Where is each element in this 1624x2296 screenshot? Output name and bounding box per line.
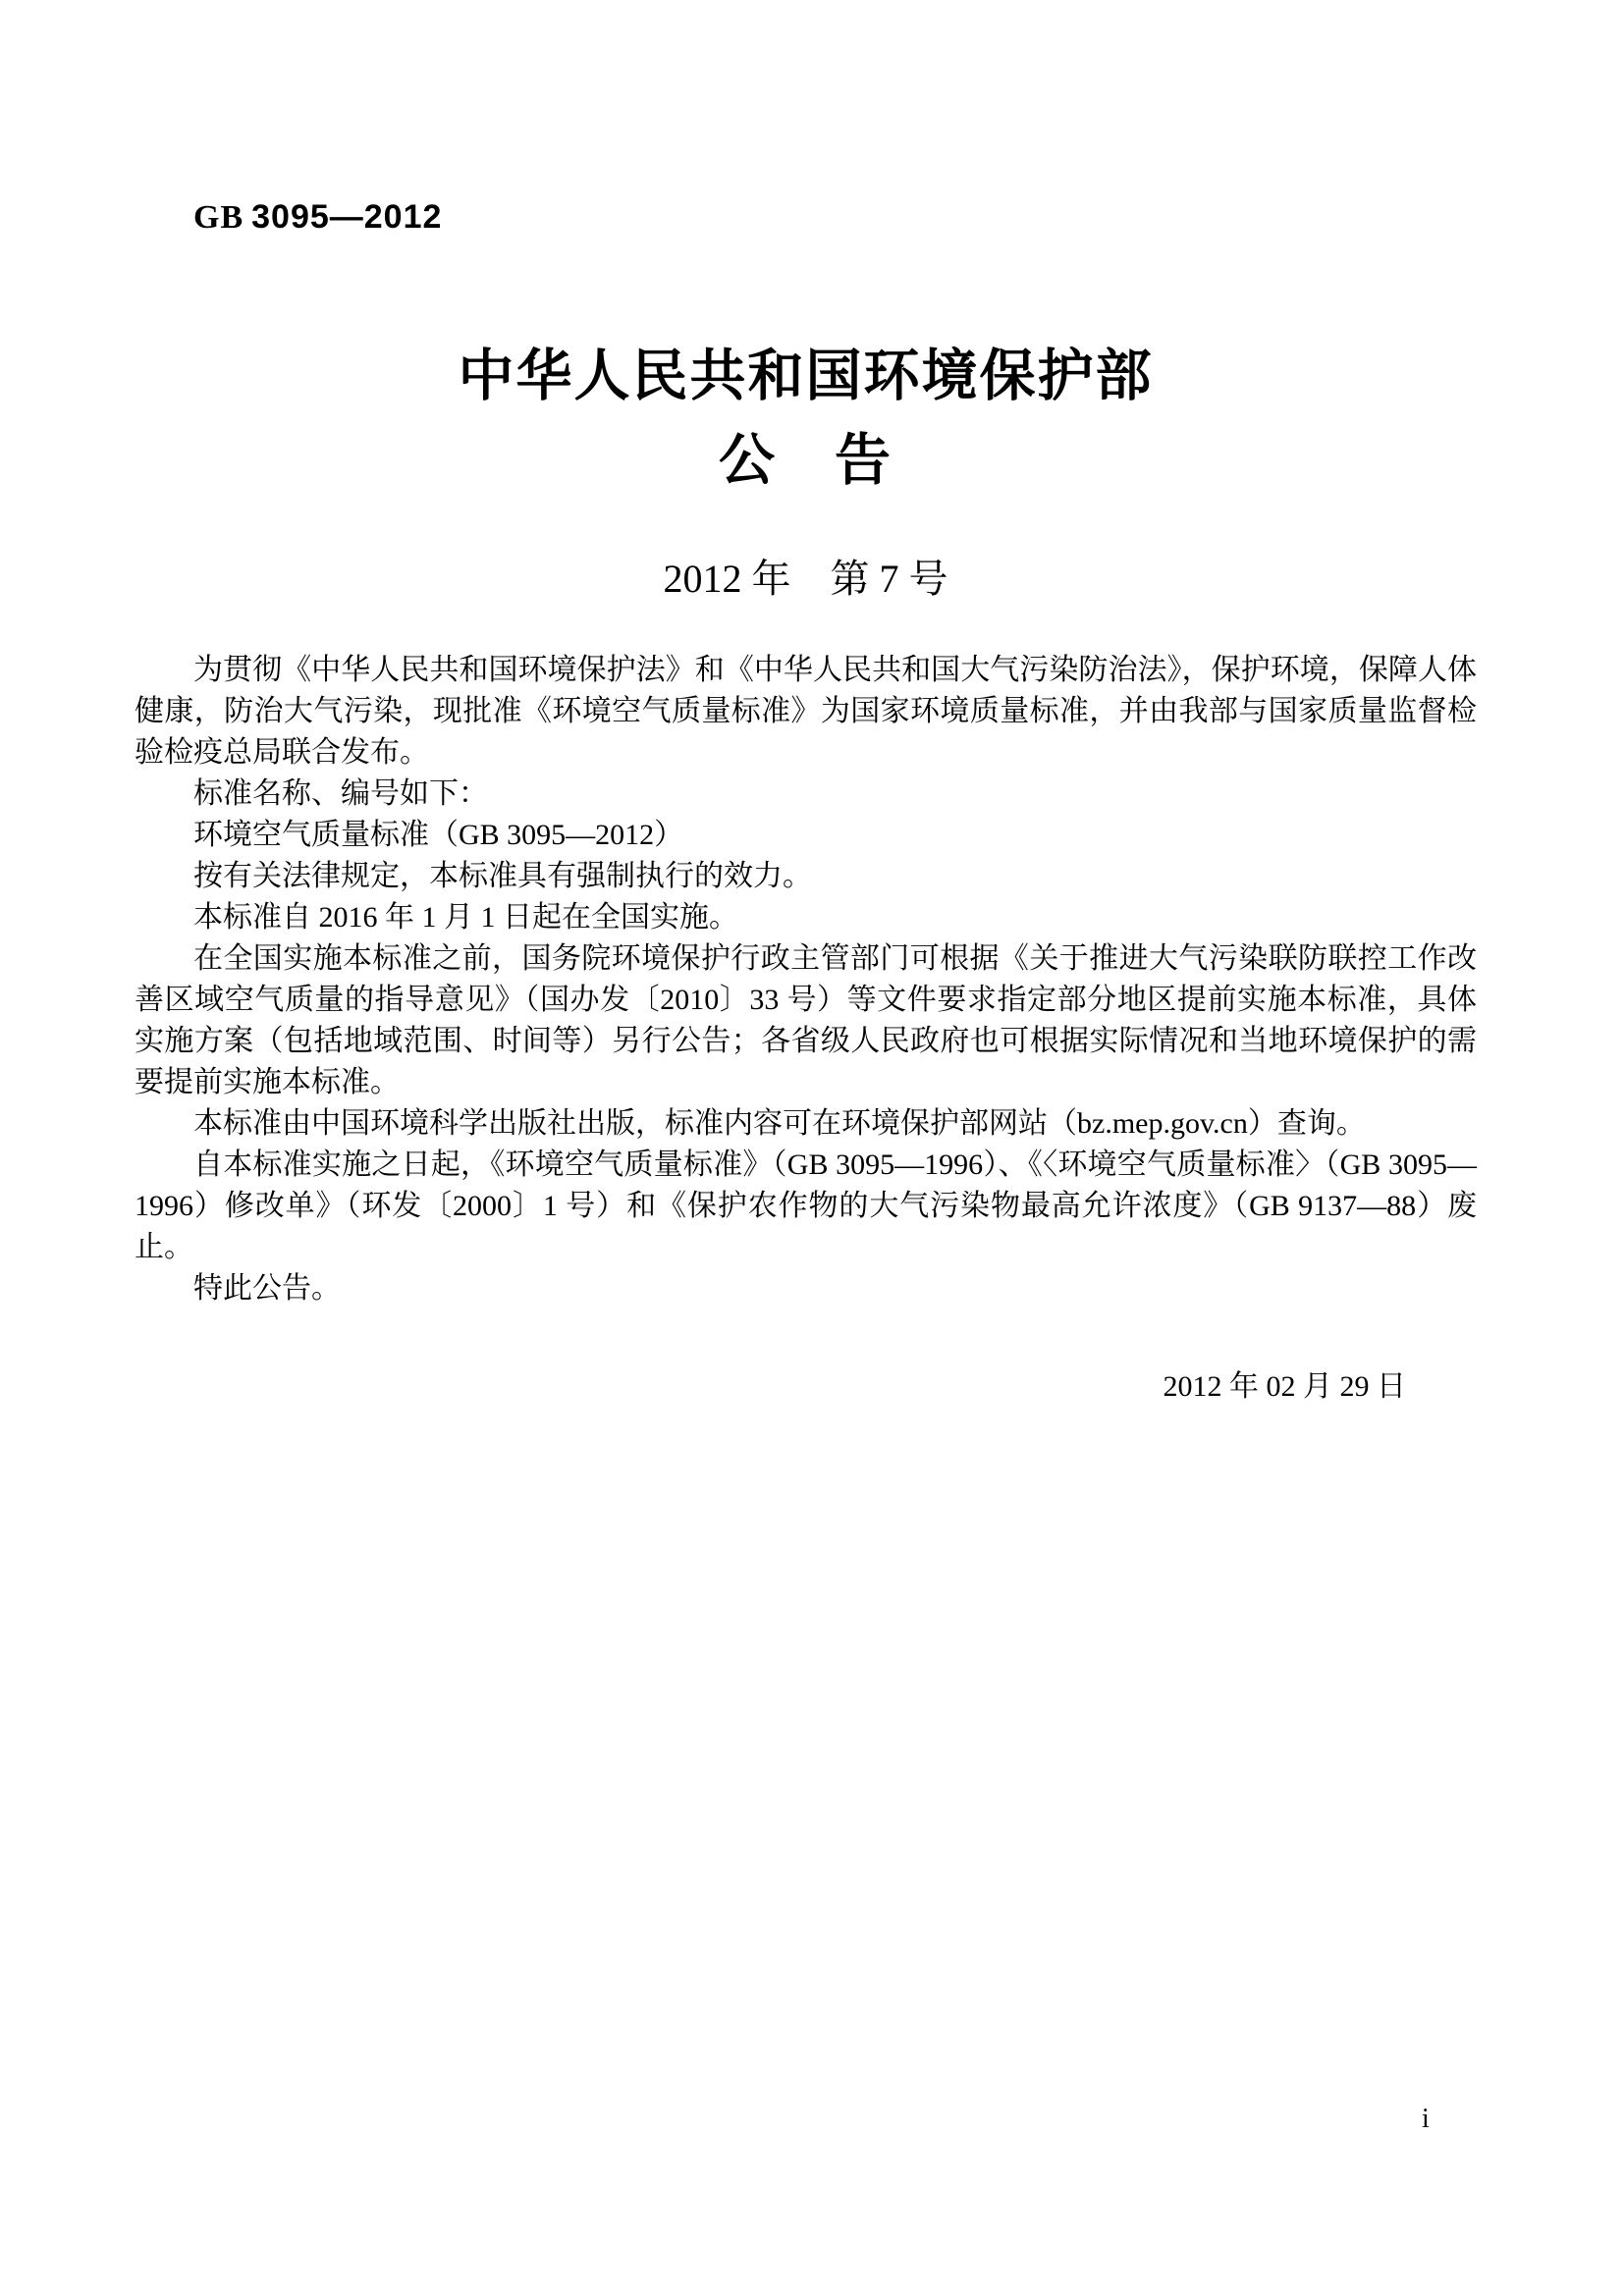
paragraph-intro: 为贯彻《中华人民共和国环境保护法》和《中华人民共和国大气污染防治法》，保护环境，…: [135, 650, 1477, 774]
paragraph-early-implementation: 在全国实施本标准之前，国务院环境保护行政主管部门可根据《关于推进大气污染联防联控…: [135, 938, 1477, 1103]
page-number: i: [1422, 2103, 1430, 2136]
issue-number: 2012 年 第 7 号: [135, 556, 1477, 603]
standard-code-number: 3095—2012: [251, 198, 442, 236]
document-page: GB3095—2012 中华人民共和国环境保护部 公 告 2012 年 第 7 …: [0, 0, 1624, 2296]
paragraph-publisher: 本标准由中国环境科学出版社出版，标准内容可在环境保护部网站（bz.mep.gov…: [135, 1103, 1477, 1145]
issue-date: 2012 年 02 月 29 日: [135, 1366, 1477, 1408]
paragraph-superseded-standards: 自本标准实施之日起，《环境空气质量标准》（GB 3095—1996）、《〈环境空…: [135, 1145, 1477, 1268]
paragraph-legal-force: 按有关法律规定，本标准具有强制执行的效力。: [135, 856, 1477, 897]
paragraph-standard-name: 环境空气质量标准（GB 3095—2012）: [135, 815, 1477, 856]
paragraph-effective-date: 本标准自 2016 年 1 月 1 日起在全国实施。: [135, 897, 1477, 938]
standard-code-prefix: GB: [193, 199, 244, 236]
paragraph-closing: 特此公告。: [135, 1268, 1477, 1309]
paragraph-standard-name-intro: 标准名称、编号如下：: [135, 774, 1477, 815]
document-title: 中华人民共和国环境保护部: [135, 335, 1477, 418]
standard-code: GB3095—2012: [193, 196, 1477, 239]
announcement-body: 为贯彻《中华人民共和国环境保护法》和《中华人民共和国大气污染防治法》，保护环境，…: [135, 650, 1477, 1309]
document-subtitle: 公 告: [135, 418, 1477, 503]
